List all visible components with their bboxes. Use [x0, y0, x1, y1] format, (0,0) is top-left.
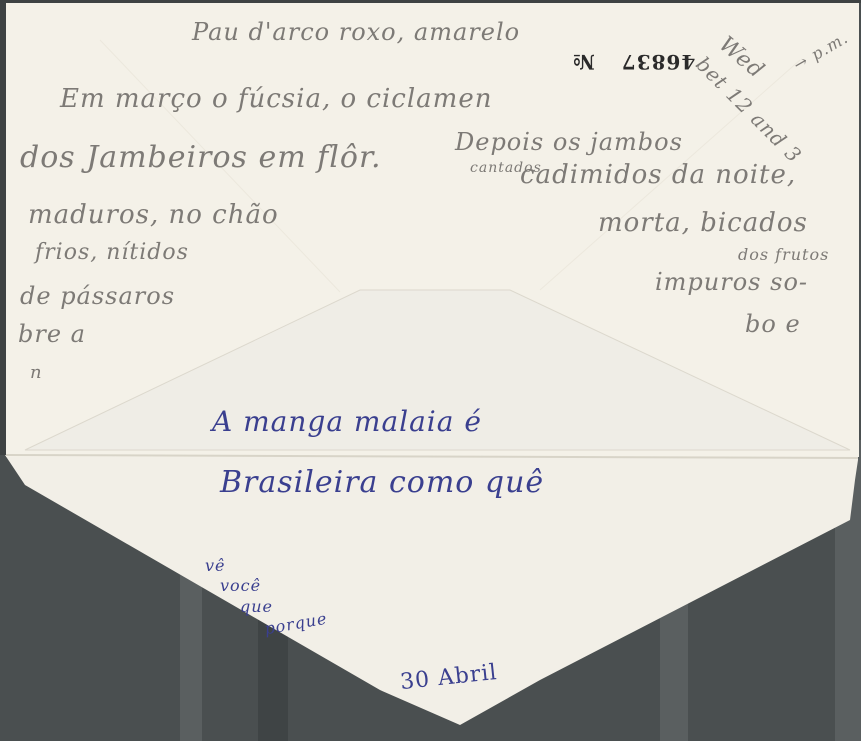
- ink-list-item: que: [240, 597, 273, 616]
- pencil-line-6-right: dos frutos: [738, 245, 829, 264]
- ink-list-item: você: [220, 576, 261, 595]
- pencil-line-5-left: maduros, no chão: [28, 200, 279, 230]
- pencil-line-5-right: morta, bicados: [598, 208, 808, 238]
- pencil-line-7-left: de pássaros: [20, 282, 175, 310]
- envelope-scan: 46837 № Pau d'arco roxo, amarelo Em març…: [0, 0, 861, 741]
- ink-line-1: A manga malaia é: [212, 405, 482, 438]
- pencil-line-7-right: impuros so-: [655, 268, 808, 296]
- pencil-line-2: Em março o fúcsia, o ciclamen: [60, 84, 492, 114]
- pencil-line-4: dos Jambeiros em flôr.: [20, 140, 382, 175]
- pencil-line-3-depois: Depois os jambos: [455, 128, 683, 156]
- pencil-line-8-left: bre a: [18, 320, 86, 348]
- serial-stamp: 46837 №: [572, 50, 695, 74]
- pencil-line-4-right: cadimidos da noite,: [520, 160, 796, 190]
- pencil-line-6-left: frios, nítidos: [35, 240, 189, 265]
- number-sign: №: [572, 50, 595, 74]
- ink-line-2: Brasileira como quê: [220, 465, 544, 500]
- pencil-line-1: Pau d'arco roxo, amarelo: [192, 18, 520, 46]
- pencil-line-9-left: n: [30, 362, 43, 383]
- serial-number: 46837: [621, 50, 696, 74]
- ink-list-item: vê: [205, 556, 226, 575]
- pencil-line-8-right: bo e: [745, 310, 801, 338]
